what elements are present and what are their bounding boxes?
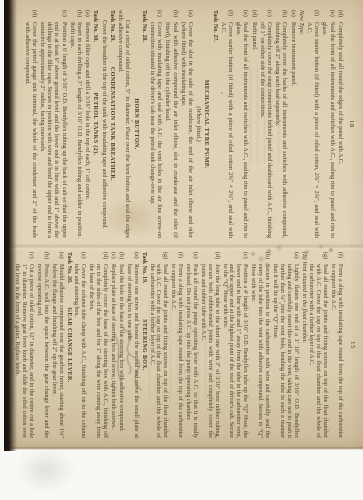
item-label: (a) [186,10,193,22]
list-item: (b)Insert in each drilling a 3″ length o… [68,10,82,238]
item-label: (e) [241,10,248,22]
list-item: (d)Completely seal all round the edges o… [336,10,343,238]
item-text: Seal the front of all instruments and sw… [321,22,334,238]
item-text: Seal with adhesive compound the air inle… [164,22,177,238]
list-item: (c)Position a 4′ length of 3/16″ O.D. Be… [221,252,249,438]
item-text: Cut a piece of oiled cotton, 12″ in diam… [14,264,34,438]
paper-edge [4,447,363,450]
fold-crease [11,243,363,251]
item-label: (e) [191,252,198,264]
item-label: (g) [321,252,328,264]
item-label: (g) [161,252,168,264]
item-label: (b) [42,252,49,264]
item-text: Position a 4′ length of 3/16″ O.D. Bendy… [222,264,249,438]
item-text: Cover with insulating tape and seal with… [149,22,162,238]
item-label: (d) [30,10,37,22]
item-text: Remove instrument panel. [290,22,296,86]
list-item: (f)Form a sling with insulating tape rou… [329,252,343,438]
list-item: (b)Secure in position to the carburetter… [249,252,270,438]
list-item: (a)Remove filler caps and drill a 3/16″ … [83,10,90,238]
speck [131,120,133,122]
binding-shadow [4,0,17,451]
subsection-heading: New Type. [297,10,304,238]
list-item: (e)Seal the front of all instruments and… [320,10,334,238]
item-text: Cover the column tube clamp with A.C., f… [73,264,86,438]
showthrough-ghost-text [245,68,279,164]
speck [221,92,223,94]
list-item: (c)Position a 6′ length of 3/16″ O.D. Be… [38,10,67,238]
list-item: (a)Cover the slot in the side of the cra… [179,10,193,238]
task-title: CONDENSATION TANK BREATHER. [108,10,115,238]
task-label: Task No. 20. [65,252,72,283]
item-label: (a) [292,252,299,264]
item-text: Completely seal all round the edges of t… [337,22,343,165]
item-label: (b) [280,10,287,22]
item-text: Remove filler caps and drill a 3/16″ hol… [84,22,90,200]
task-label: Task No. 30. [91,10,98,42]
list-item: (f)Cover starter button (if fitted) with… [305,10,319,238]
list-item: (e)Cover the column tube clamp with A.C.… [73,252,87,438]
ink-smudge [107,324,153,396]
subsection-heading: (B) Vent situated in the float chamber. [300,252,307,438]
item-label: (a) [57,252,64,264]
rotated-sheet: 18 (d)Completely seal all round the edge… [0,0,363,500]
task-label: Task No. 28. [140,10,147,238]
list-item: (g)Seal all round the joints and fixing … [308,252,329,438]
item-label: (f) [336,252,343,264]
item-text: Position a 6′ length of 3/16″ O.D. Bendy… [39,22,67,238]
item-text: Cover the slot in the side of the crankc… [180,22,193,238]
task-heading: Task No. 20.GEAR CHANGE LEVER. [65,252,72,438]
item-label: (c) [27,252,34,264]
item-text: Secure in position to the carburetter wi… [250,264,270,438]
item-text: Cover the petrol gauge unit terminal, th… [24,22,37,238]
item-label: (d) [101,252,108,264]
item-label: (d) [336,10,343,22]
item-label: (b) [75,10,82,22]
list-item: (b)Press A.C. well into the space betwee… [35,252,49,438]
showthrough-ghost-text [149,300,213,404]
task-title: MECHANICAL TYRE PUMP. [202,10,209,238]
list-item: (b)Seal with adhesive compound the air i… [163,10,177,238]
scan-scene: 18 (d)Completely seal all round the edge… [0,0,363,500]
item-text: Seal all round the joints and fixing scr… [308,264,328,438]
item-label: (b) [117,252,124,264]
task-title: PETROL TANKS (2). [91,10,98,238]
item-text: Insert in each drilling a 3″ length of 3… [69,22,82,238]
item-text: Form a sling with insulating tape round … [330,264,343,438]
task-label: Task No. 19. [140,252,147,283]
item-label: (f) [312,10,319,22]
speck [279,302,281,304]
page-number: 15 [348,252,355,438]
list-item: (a)Lightly flatten one end of a 1′ 10″ l… [271,252,299,438]
task-heading: Task No. 29.CONDENSATION TANK BREATHER. [108,10,115,238]
item-text: Cover starter button (if fitted) with a … [306,22,319,238]
list-item: (d)Completely cover the base of the stee… [87,252,108,438]
item-label: (b) [263,252,270,264]
item-label: (e) [327,10,334,22]
stain [17,448,75,492]
item-label: (a) [83,10,90,22]
list-item: (f)Cover starter button (if fitted) with… [219,10,233,238]
page-18: 18 (d)Completely seal all round the edge… [21,10,355,238]
item-label: (c) [241,252,248,264]
item-label: (c) [109,252,116,264]
list-item: (a)Mould adhesive compound over the gear… [50,252,64,438]
task-subtitle: (Where fitted.) [194,10,201,238]
item-label: (b) [170,10,177,22]
item-label: (d) [213,252,220,264]
task-paragraph: Cut a circle of oiled cotton, 5″ in diam… [116,10,130,238]
item-label: (f) [226,10,233,22]
item-text: Lightly flatten one end of a 1′ 10″ leng… [272,264,299,438]
item-text: Mould adhesive compound over the gearbox… [51,264,64,438]
item-label: (e) [79,252,86,264]
task-title: HORN BUTTON. [131,10,138,238]
item-label: (d) [249,10,256,22]
speck [231,360,233,362]
item-text: Completely cover the base of the steerin… [88,264,108,438]
item-label: (a) [288,10,295,22]
item-label: (c) [59,10,66,22]
task-label: Task No. 27. [210,10,217,238]
item-text: Press A.C. well into the space between t… [36,264,49,438]
page-number: 18 [348,10,355,238]
item-label: (f) [176,252,183,264]
item-label: (a) [132,252,139,264]
task-label: Task No. 29. [108,10,115,42]
item-label: (c) [265,10,272,22]
task-paragraph: Cover the breather in the top of the tan… [100,10,107,238]
item-text: Refit panel. [251,22,257,50]
task-heading: Task No. 30.PETROL TANKS (2). [91,10,98,238]
item-text: Cover starter button (if fitted) with a … [220,22,233,238]
list-item: (c)Cover with insulating tape and seal w… [148,10,162,238]
list-item: (a)Remove instrument panel. [288,10,295,238]
list-item: (d)Cover the petrol gauge unit terminal,… [22,10,36,238]
item-label: (c) [155,10,162,22]
